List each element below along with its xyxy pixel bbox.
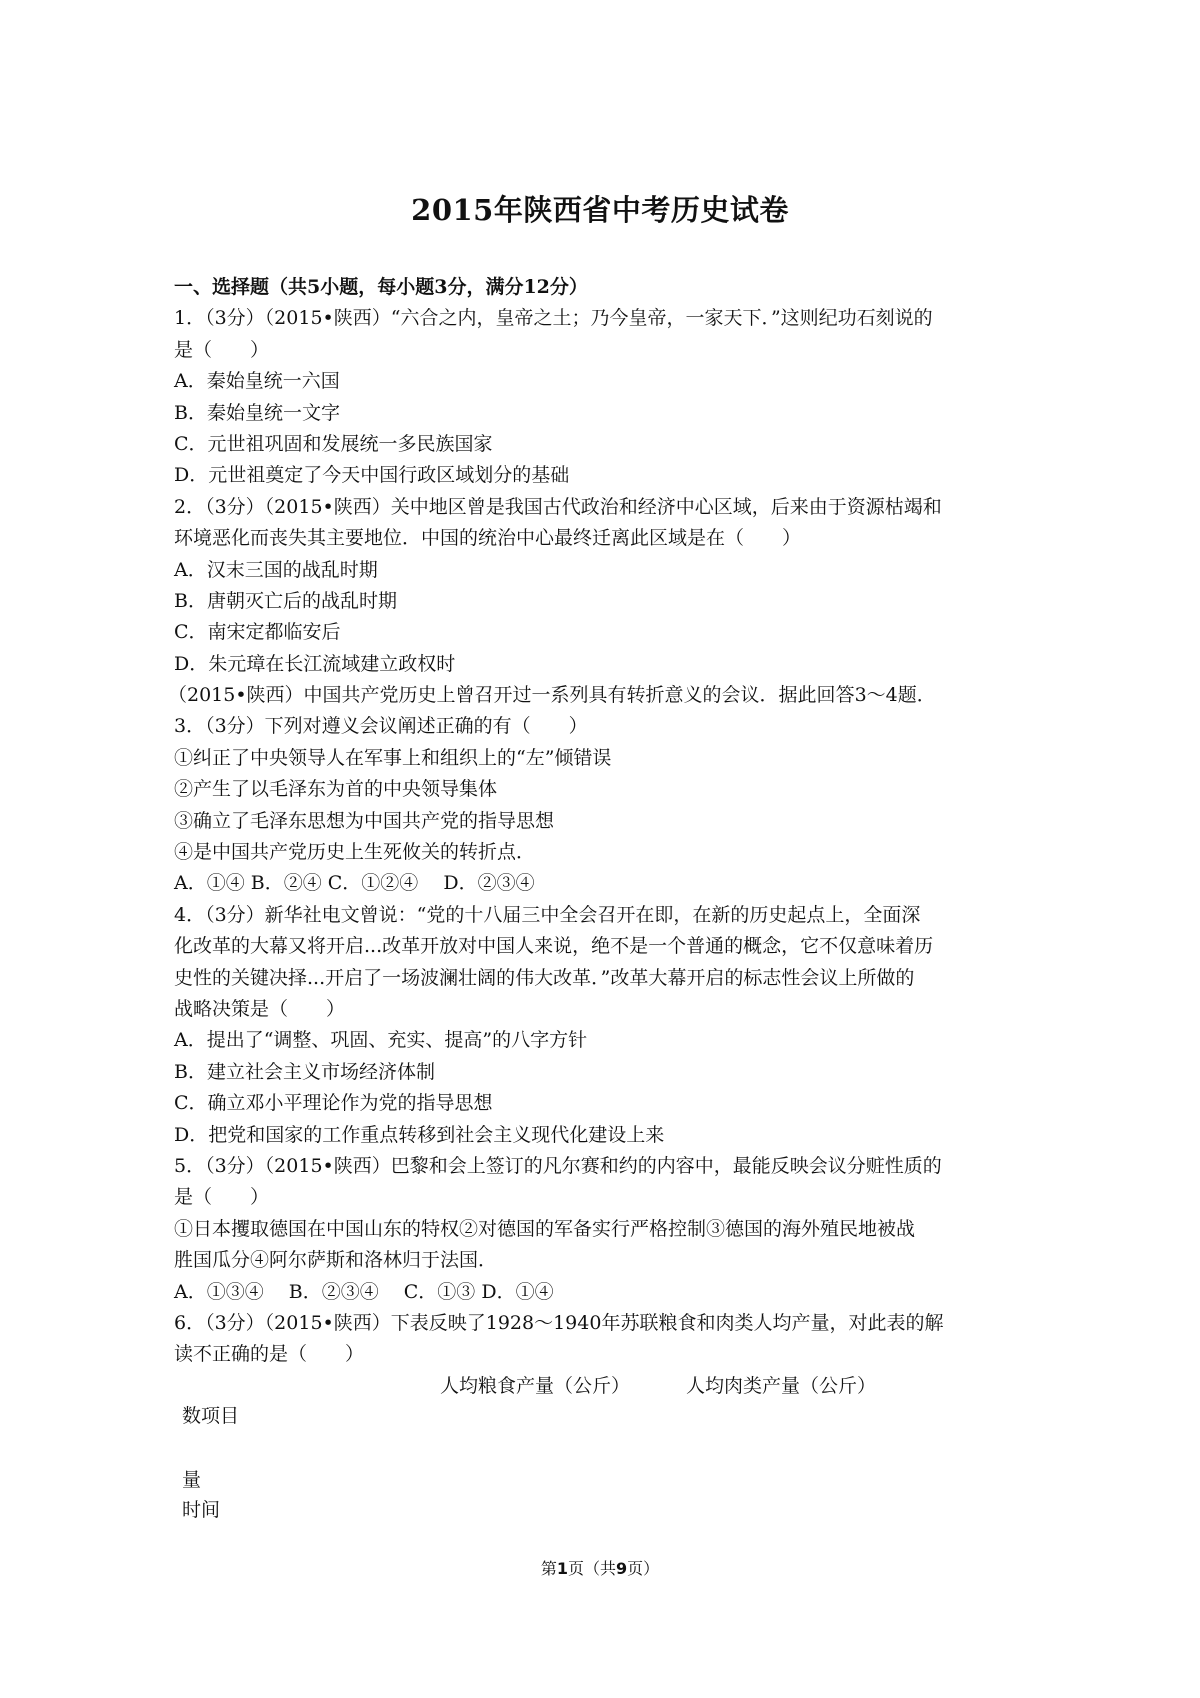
question-stem: 3．（3分）下列对遵义会议阐述正确的有（ ） (174, 711, 1034, 742)
statement-2: ②产生了以毛泽东为首的中央领导集体 (174, 774, 1034, 805)
option-d: D．把党和国家的工作重点转移到社会主义现代化建设上来 (174, 1120, 1034, 1151)
statement-1: ①纠正了中央领导人在军事上和组织上的“左”倾错误 (174, 743, 1034, 774)
question-stem: 6．（3分）（2015•陕西）下表反映了1928～1940年苏联粮食和肉类人均产… (174, 1308, 1034, 1339)
statement-3: ③确立了毛泽东思想为中国共产党的指导思想 (174, 806, 1034, 837)
table-corner-label: 数项目 (182, 1401, 239, 1428)
option-a: A．秦始皇统一六国 (174, 366, 1034, 397)
footer-middle: 页（共 (568, 1559, 616, 1578)
footer-prefix: 第 (541, 1559, 557, 1578)
option-a: A．汉末三国的战乱时期 (174, 555, 1034, 586)
section-heading: 一、选择题（共5小题，每小题3分，满分12分） (174, 272, 1034, 303)
question-stem: 1．（3分）（2015•陕西）“六合之内，皇帝之土；乃今皇帝，一家天下．”这则纪… (174, 303, 1034, 334)
question-stem: 是（ ） (174, 335, 1034, 366)
question-stem: 是（ ） (174, 1182, 1034, 1213)
option-b: B．唐朝灭亡后的战乱时期 (174, 586, 1034, 617)
page-title: 2015年陕西省中考历史试卷 (0, 188, 1200, 229)
option-d: D．元世祖奠定了今天中国行政区域划分的基础 (174, 460, 1034, 491)
page-number: 1 (557, 1559, 568, 1578)
statements-line: 胜国瓜分④阿尔萨斯和洛林归于法国． (174, 1245, 1034, 1276)
question-1: 1．（3分）（2015•陕西）“六合之内，皇帝之土；乃今皇帝，一家天下．”这则纪… (174, 303, 1034, 491)
option-a: A．提出了“调整、巩固、充实、提高”的八字方针 (174, 1025, 1034, 1056)
total-pages: 9 (616, 1559, 627, 1578)
question-6: 6．（3分）（2015•陕西）下表反映了1928～1940年苏联粮食和肉类人均产… (174, 1308, 1034, 1521)
exam-content: 一、选择题（共5小题，每小题3分，满分12分） 1．（3分）（2015•陕西）“… (174, 272, 1034, 1521)
option-c: C．元世祖巩固和发展统一多民族国家 (174, 429, 1034, 460)
footer-suffix: 页） (627, 1559, 659, 1578)
question-stem: 5．（3分）（2015•陕西）巴黎和会上签订的凡尔赛和约的内容中，最能反映会议分… (174, 1151, 1034, 1182)
option-b: B．建立社会主义市场经济体制 (174, 1057, 1034, 1088)
table-header-meat: 人均肉类产量（公斤） (686, 1371, 876, 1398)
question-stem: 战略决策是（ ） (174, 994, 1034, 1025)
data-table: 人均粮食产量（公斤） 人均肉类产量（公斤） 数项目 量 时间 (174, 1371, 1034, 1521)
option-c: C．确立邓小平理论作为党的指导思想 (174, 1088, 1034, 1119)
options-line: A．①③④ B．②③④ C．①③ D．①④ (174, 1277, 1034, 1308)
statements-line: ①日本攫取德国在中国山东的特权②对德国的军备实行严格控制③德国的海外殖民地被战 (174, 1214, 1034, 1245)
question-stem: 环境恶化而丧失其主要地位．中国的统治中心最终迁离此区域是在（ ） (174, 523, 1034, 554)
question-group-context: （2015•陕西）中国共产党历史上曾召开过一系列具有转折意义的会议．据此回答3～… (168, 680, 1034, 711)
table-corner-label: 量 (182, 1465, 201, 1492)
option-c: C．南宋定都临安后 (174, 617, 1034, 648)
question-stem: 史性的关键决择...开启了一场波澜壮阔的伟大改革．”改革大幕开启的标志性会议上所… (174, 963, 1034, 994)
option-b: B．秦始皇统一文字 (174, 398, 1034, 429)
question-stem: 2．（3分）（2015•陕西）关中地区曾是我国古代政治和经济中心区域，后来由于资… (174, 492, 1034, 523)
option-d: D．朱元璋在长江流域建立政权时 (174, 649, 1034, 680)
question-stem: 4．（3分）新华社电文曾说：“党的十八届三中全会召开在即，在新的历史起点上，全面… (174, 900, 1034, 931)
statement-4: ④是中国共产党历史上生死攸关的转折点． (174, 837, 1034, 868)
question-5: 5．（3分）（2015•陕西）巴黎和会上签订的凡尔赛和约的内容中，最能反映会议分… (174, 1151, 1034, 1308)
question-stem: 读不正确的是（ ） (174, 1339, 1034, 1370)
options-line: A．①④ B．②④ C．①②④ D．②③④ (174, 868, 1034, 899)
question-4: 4．（3分）新华社电文曾说：“党的十八届三中全会召开在即，在新的历史起点上，全面… (174, 900, 1034, 1151)
table-header-grain: 人均粮食产量（公斤） (440, 1371, 630, 1398)
question-2: 2．（3分）（2015•陕西）关中地区曾是我国古代政治和经济中心区域，后来由于资… (174, 492, 1034, 680)
table-corner-label: 时间 (182, 1495, 220, 1522)
question-3: 3．（3分）下列对遵义会议阐述正确的有（ ） ①纠正了中央领导人在军事上和组织上… (174, 711, 1034, 899)
question-stem: 化改革的大幕又将开启...改革开放对中国人来说，绝不是一个普通的概念，它不仅意味… (174, 931, 1034, 962)
page-footer: 第1页（共9页） (0, 1556, 1200, 1579)
